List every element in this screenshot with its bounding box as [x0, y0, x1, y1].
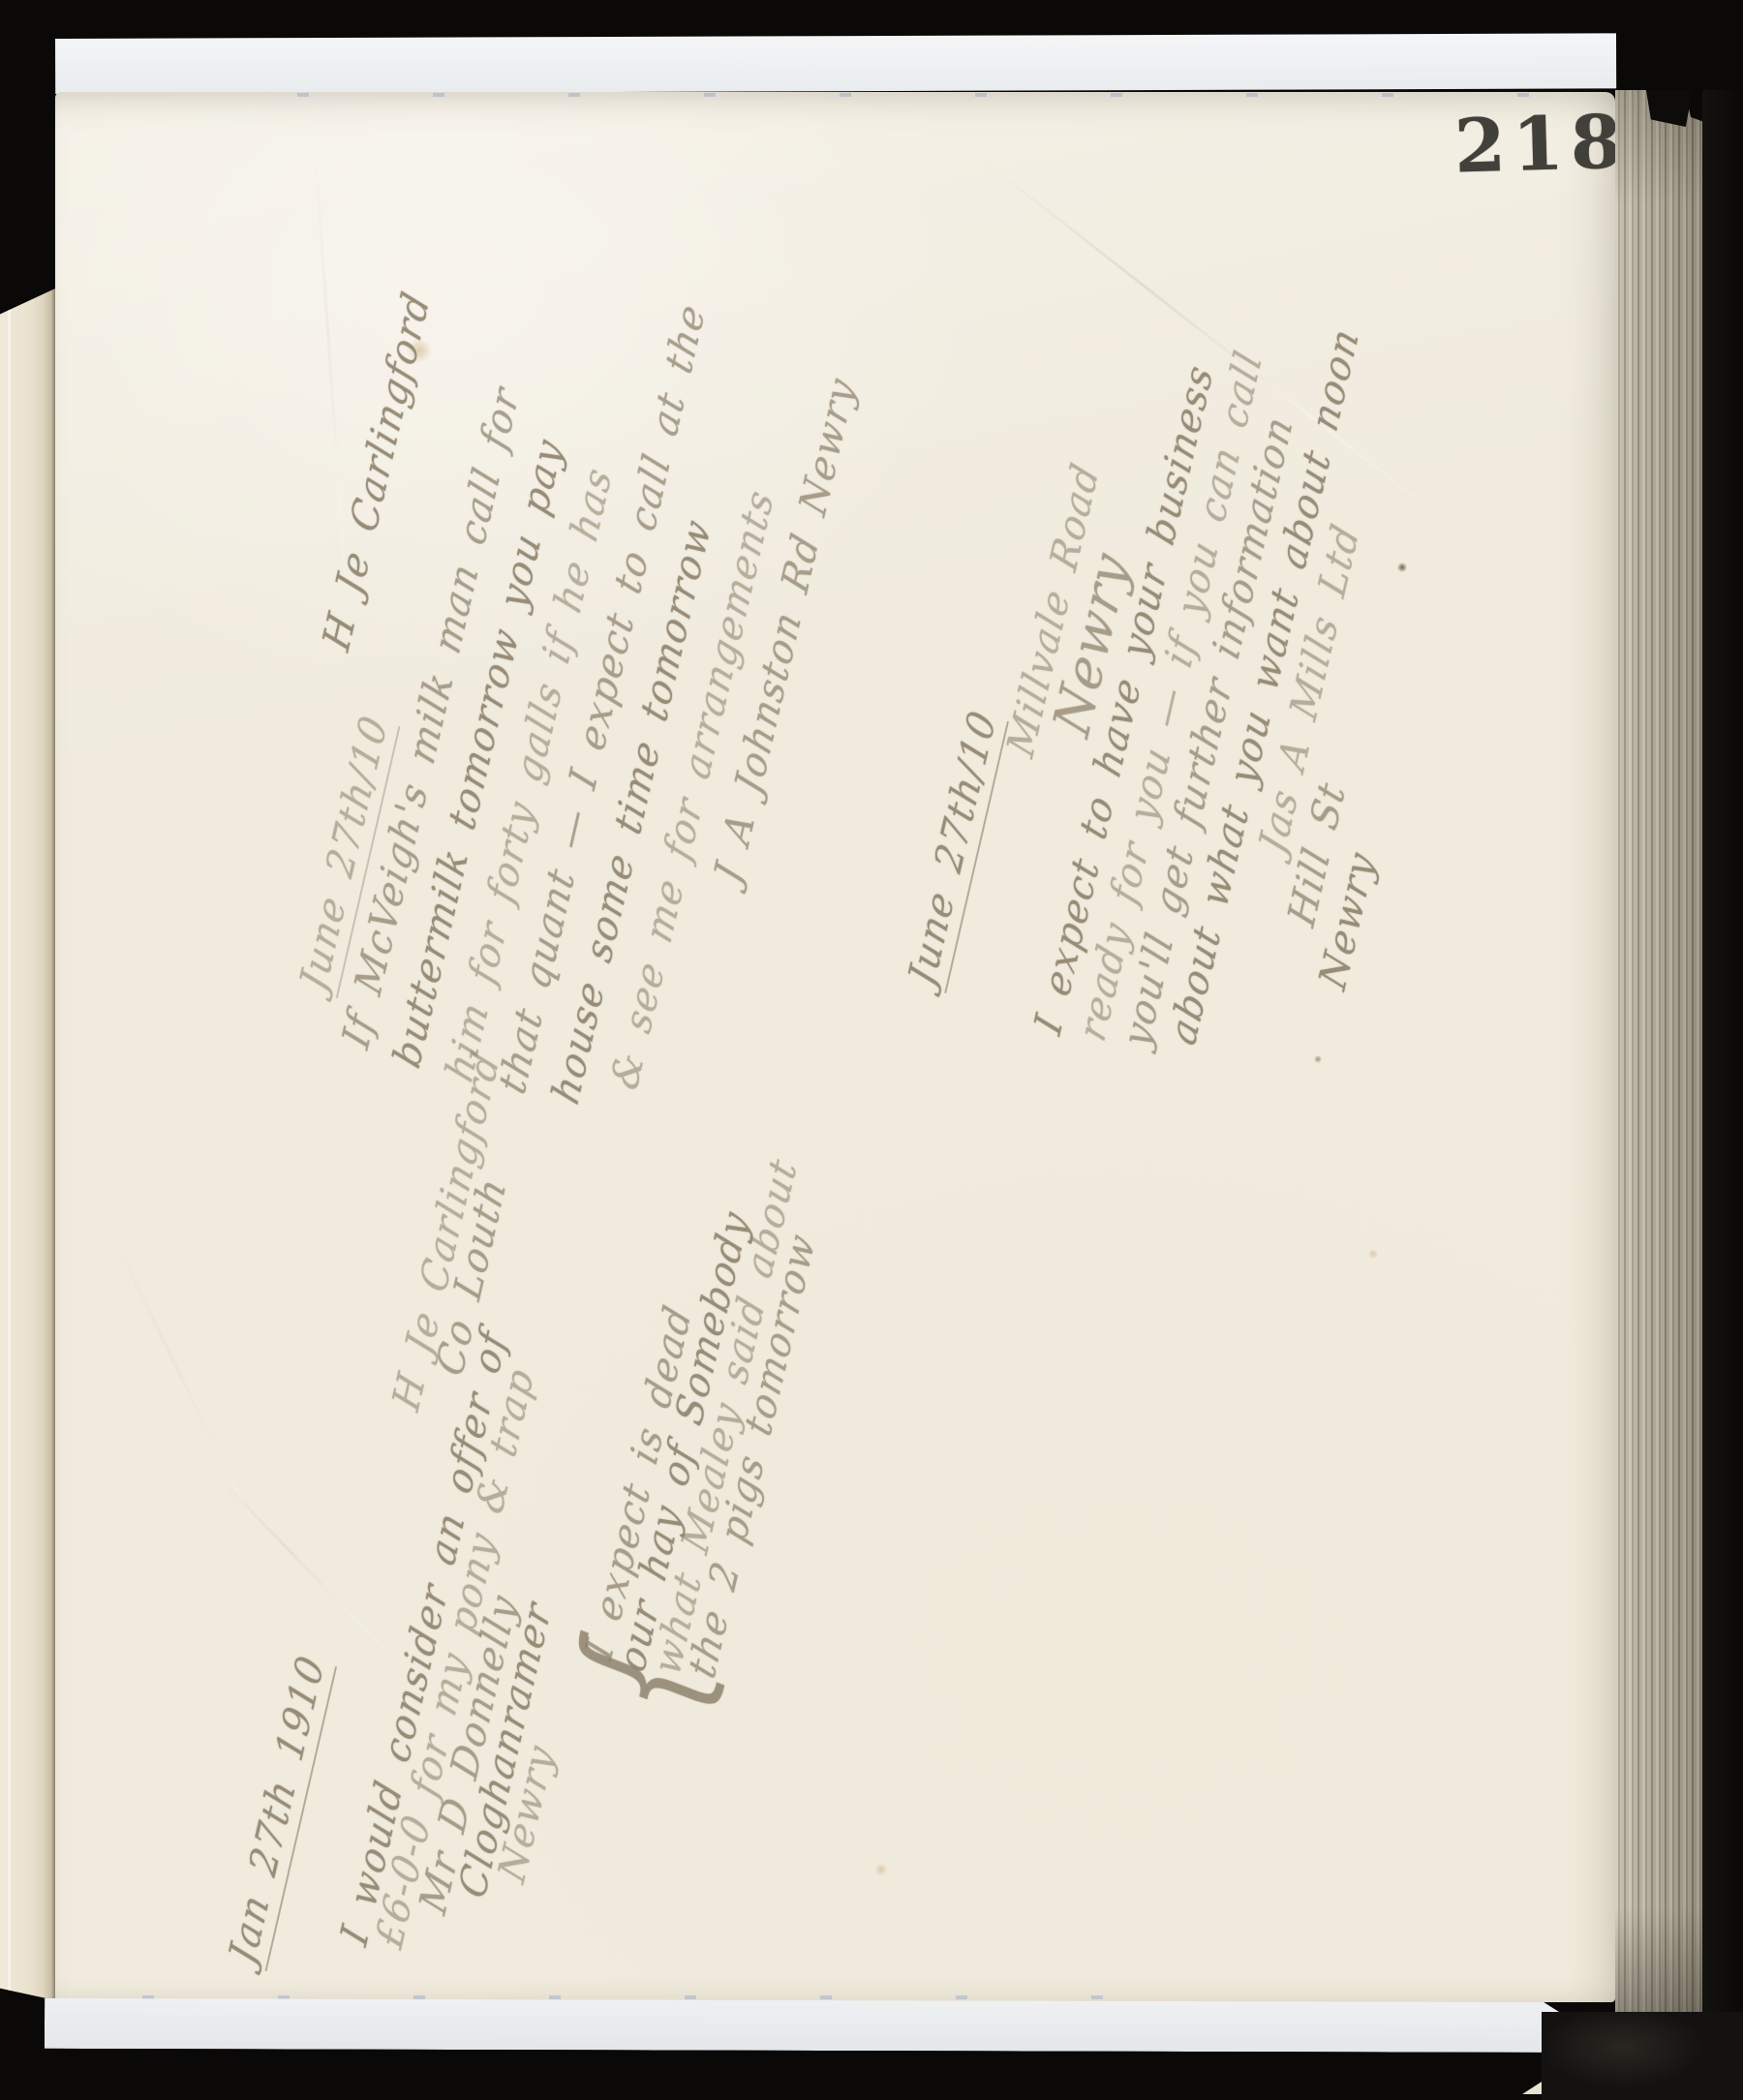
stain — [873, 1864, 889, 1875]
stain — [1367, 1249, 1379, 1259]
crease — [110, 1234, 291, 1601]
facing-page-fold — [8, 289, 11, 2000]
fore-edge-page-stack — [1615, 90, 1712, 2024]
blue-edge-marks-bottom — [142, 1995, 1159, 1999]
interleaf-strip-bottom — [45, 1998, 1609, 2053]
book-cover-edge — [1702, 90, 1743, 2024]
photographed-copybook: 218 H Je Carlingford June 27th/10 If McV… — [0, 0, 1743, 2100]
book-cover-corner — [1542, 2012, 1743, 2100]
facing-page-edge — [0, 289, 55, 2000]
